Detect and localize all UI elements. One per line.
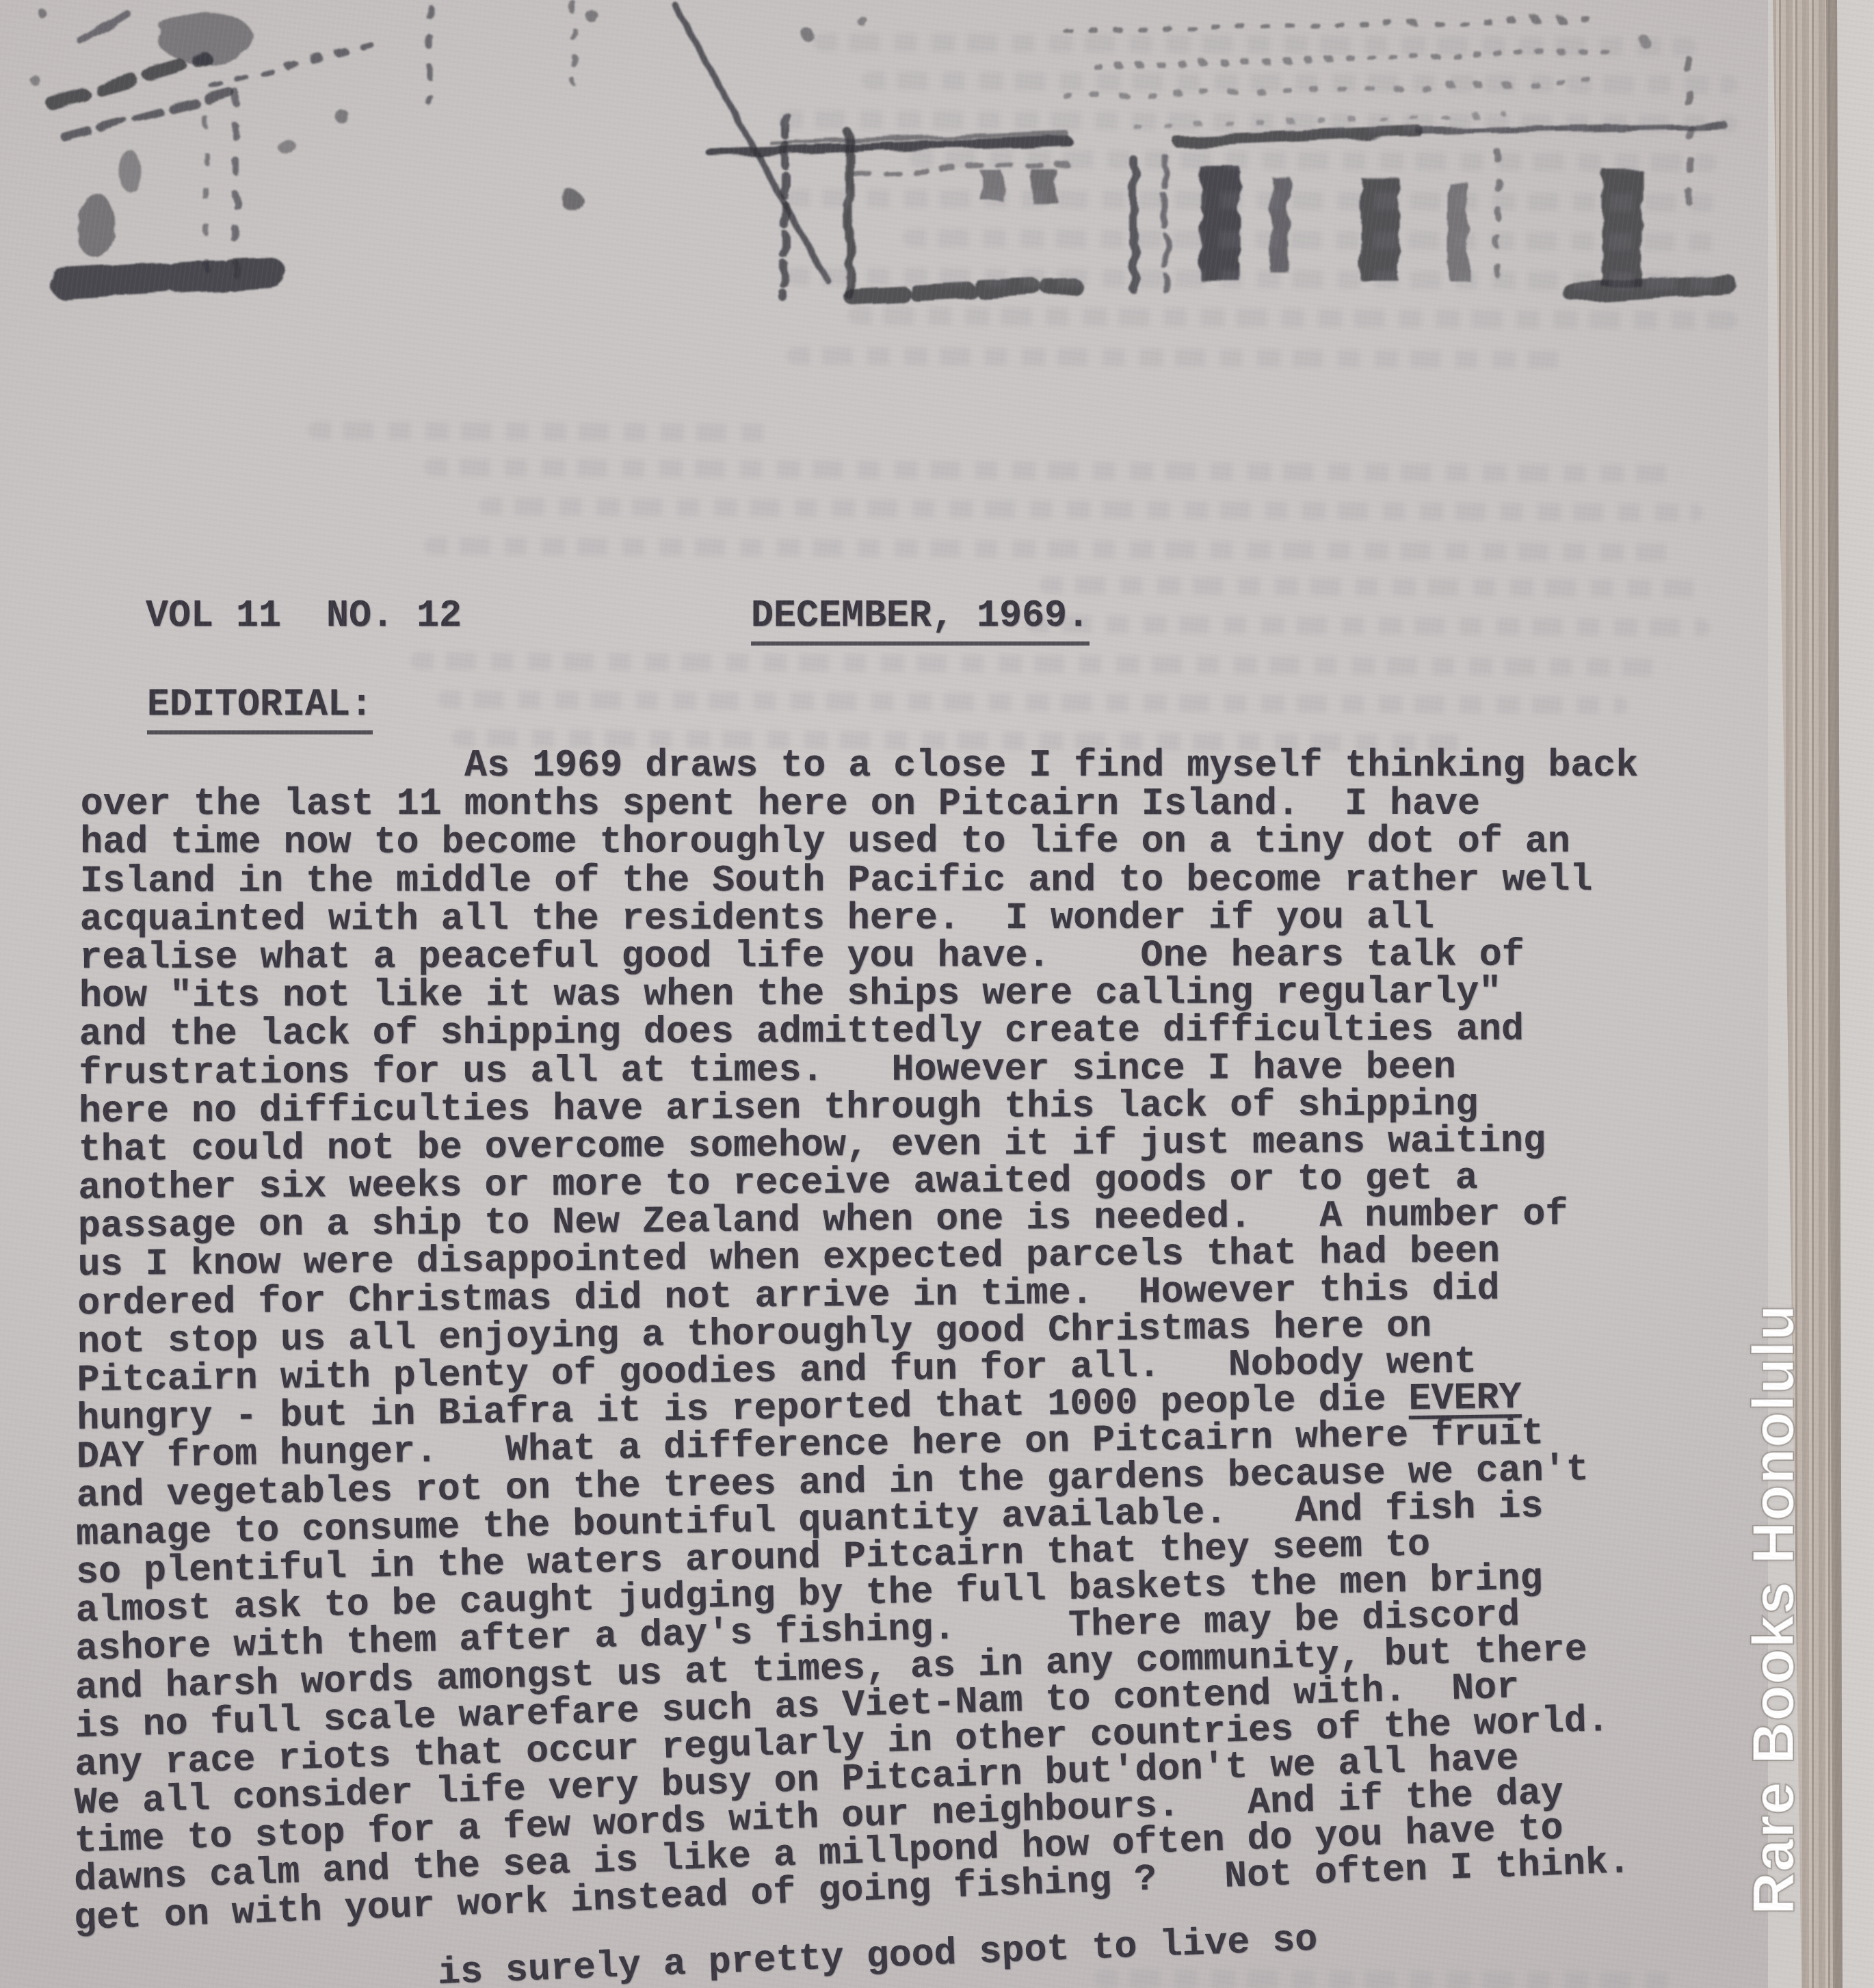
editorial-line: As 1969 draws to a close I find myself t… [81,747,1638,785]
volume-issue-line: VOL 11 NO. 12 [146,596,462,636]
editorial-body: As 1969 draws to a close I find myself t… [81,747,1638,1938]
ghost-text-stripe [1040,576,1710,597]
ghost-text-stripe [1094,1970,1682,1988]
scanned-newsletter-page: VOL 11 NO. 12 DECEMBER, 1969. EDITORIAL:… [0,0,1874,1988]
ghost-text-stripe [848,307,1737,330]
ghost-text-stripe [438,690,1628,714]
editorial-line: Island in the middle of the South Pacifi… [80,860,1637,900]
editorial-line: over the last 11 months spent here on Pi… [81,785,1638,824]
ghost-text-stripe [424,537,1676,561]
editorial-heading: EDITORIAL: [147,685,373,734]
ghost-text-stripe [308,421,773,442]
ghost-text-stripe [479,497,1703,521]
date-line: DECEMBER, 1969. [751,596,1090,646]
watermark-rare-books-honolulu: Rare Books Honolulu [1740,1304,1808,1915]
ghost-text-stripe [787,347,1573,369]
ghost-text-stripe [1026,615,1710,636]
ghost-text-stripe [410,652,1669,676]
ghost-text-stripe [424,458,1682,483]
editorial-line: had time now to become thoroughly used t… [80,823,1637,862]
